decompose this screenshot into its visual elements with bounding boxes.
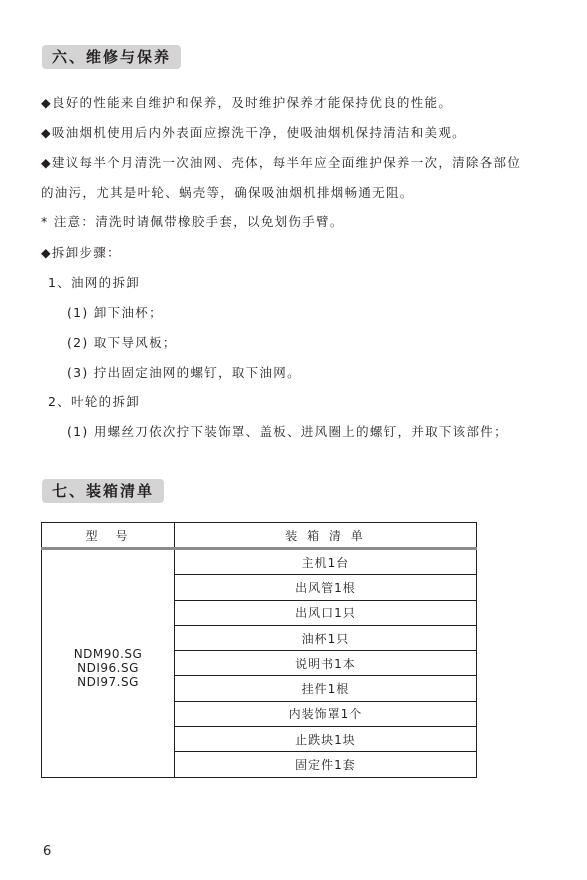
paragraph-performance: ◆良好的性能来自维护和保养，及时维护保养才能保持优良的性能。 <box>41 95 452 111</box>
paragraph-schedule-line1: ◆建议每半个月清洗一次油网、壳体，每半年应全面维护保养一次，清除各部位 <box>41 155 521 171</box>
packing-list-table: 型 号 装 箱 清 单 NDM90.SG NDI96.SG NDI97.SG 主… <box>41 522 477 778</box>
table-row: NDM90.SG NDI96.SG NDI97.SG 主机1台 <box>42 549 477 575</box>
section-title-maintenance: 六、维修与保养 <box>42 45 181 69</box>
step-1-heading: 1、油网的拆卸 <box>48 275 140 291</box>
page-number: 6 <box>43 844 51 859</box>
paragraph-schedule-line2: 的油污，尤其是叶轮、蜗壳等，确保吸油烟机排烟畅通无阻。 <box>41 185 414 201</box>
item-cell: 油杯1只 <box>175 625 477 650</box>
header-model: 型 号 <box>42 523 175 549</box>
model-ndi96: NDI96.SG <box>42 661 174 675</box>
section-title-packing-list: 七、装箱清单 <box>42 479 164 503</box>
step-1-substep-3: (3) 拧出固定油网的螺钉，取下油网。 <box>67 365 301 381</box>
item-cell: 出风管1根 <box>175 575 477 600</box>
item-cell: 内装饰罩1个 <box>175 701 477 726</box>
model-ndi97: NDI97.SG <box>42 675 174 689</box>
step-2-heading: 2、叶轮的拆卸 <box>48 394 140 410</box>
note-gloves: * 注意：清洗时请佩带橡胶手套，以免划伤手臂。 <box>41 214 344 230</box>
item-cell: 固定件1套 <box>175 752 477 777</box>
item-cell: 主机1台 <box>175 549 477 575</box>
item-cell: 出风口1只 <box>175 600 477 625</box>
model-ndm90: NDM90.SG <box>42 647 174 661</box>
step-1-substep-1: (1) 卸下油杯； <box>67 305 163 321</box>
item-cell: 说明书1本 <box>175 651 477 676</box>
item-cell: 挂件1根 <box>175 676 477 701</box>
step-2-substep-1: (1) 用螺丝刀依次拧下装饰罩、盖板、进风圈上的螺钉，并取下该部件； <box>67 424 508 440</box>
header-packing-list: 装 箱 清 单 <box>175 523 477 549</box>
step-1-substep-2: (2) 取下导风板； <box>67 335 177 351</box>
disassembly-steps-heading: ◆拆卸步骤： <box>41 245 121 261</box>
model-cell: NDM90.SG NDI96.SG NDI97.SG <box>42 549 175 778</box>
table-header-row: 型 号 装 箱 清 单 <box>42 523 477 549</box>
paragraph-cleaning: ◆吸油烟机使用后内外表面应擦洗干净，使吸油烟机保持清洁和美观。 <box>41 125 466 141</box>
item-cell: 止跌块1块 <box>175 727 477 752</box>
